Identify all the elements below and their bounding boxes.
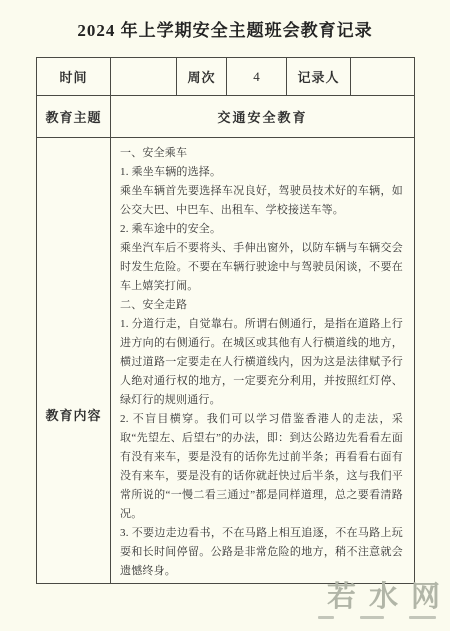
content-paragraph: 一、安全乘车 [120,144,403,163]
week-label: 周次 [177,58,227,96]
content-paragraph: 3. 不要边走边看书，不在马路上相互追逐，不在马路上玩耍和长时间停留。公路是非常… [120,524,403,581]
content-paragraph: 1. 乘坐车辆的选择。 [120,163,403,182]
watermark-subtext-mark [409,616,436,619]
content-paragraph: 1. 分道行走，自觉靠右。所谓右侧通行，是指在道路上行进方向的右侧通行。在城区或… [120,315,403,410]
record-table: 时间 周次 4 记录人 教育主题 交通安全教育 教育内容 一、安全乘车1. 乘坐… [36,57,415,584]
watermark-subtext-mark [318,616,334,619]
content-paragraph: 二、安全走路 [120,296,403,315]
page-title: 2024 年上学期安全主题班会教育记录 [0,16,450,41]
recorder-label: 记录人 [287,58,351,96]
content-paragraph: 乘坐车辆首先要选择车况良好，驾驶员技术好的车辆，如公交大巴、中巴车、出租车、学校… [120,182,403,220]
theme-value-cell: 交通安全教育 [111,96,415,138]
content-paragraph: 乘坐汽车后不要将头、手伸出窗外，以防车辆与车辆交会时发生危险。不要在车辆行驶途中… [120,239,403,296]
table-row-theme: 教育主题 交通安全教育 [37,96,415,138]
content-paragraph: 2. 不盲目横穿。我们可以学习借鉴香港人的走法，采取“先望左、后望右”的办法，即… [120,410,403,524]
recorder-value-cell [351,58,415,96]
week-value-cell: 4 [227,58,287,96]
content-cell: 一、安全乘车1. 乘坐车辆的选择。乘坐车辆首先要选择车况良好，驾驶员技术好的车辆… [111,138,415,584]
table-row-content: 教育内容 一、安全乘车1. 乘坐车辆的选择。乘坐车辆首先要选择车况良好，驾驶员技… [37,138,415,584]
content-paragraph: 2. 乘车途中的安全。 [120,220,403,239]
table-row-time: 时间 周次 4 记录人 [37,58,415,96]
watermark-subtext-marks [314,616,444,619]
theme-label: 教育主题 [37,96,111,138]
content-label: 教育内容 [37,138,111,584]
document-page: 2024 年上学期安全主题班会教育记录 时间 周次 4 记录人 教育主题 交通安… [0,0,450,631]
time-label: 时间 [37,58,111,96]
watermark-subtext-mark [360,616,384,619]
time-value-cell [111,58,177,96]
